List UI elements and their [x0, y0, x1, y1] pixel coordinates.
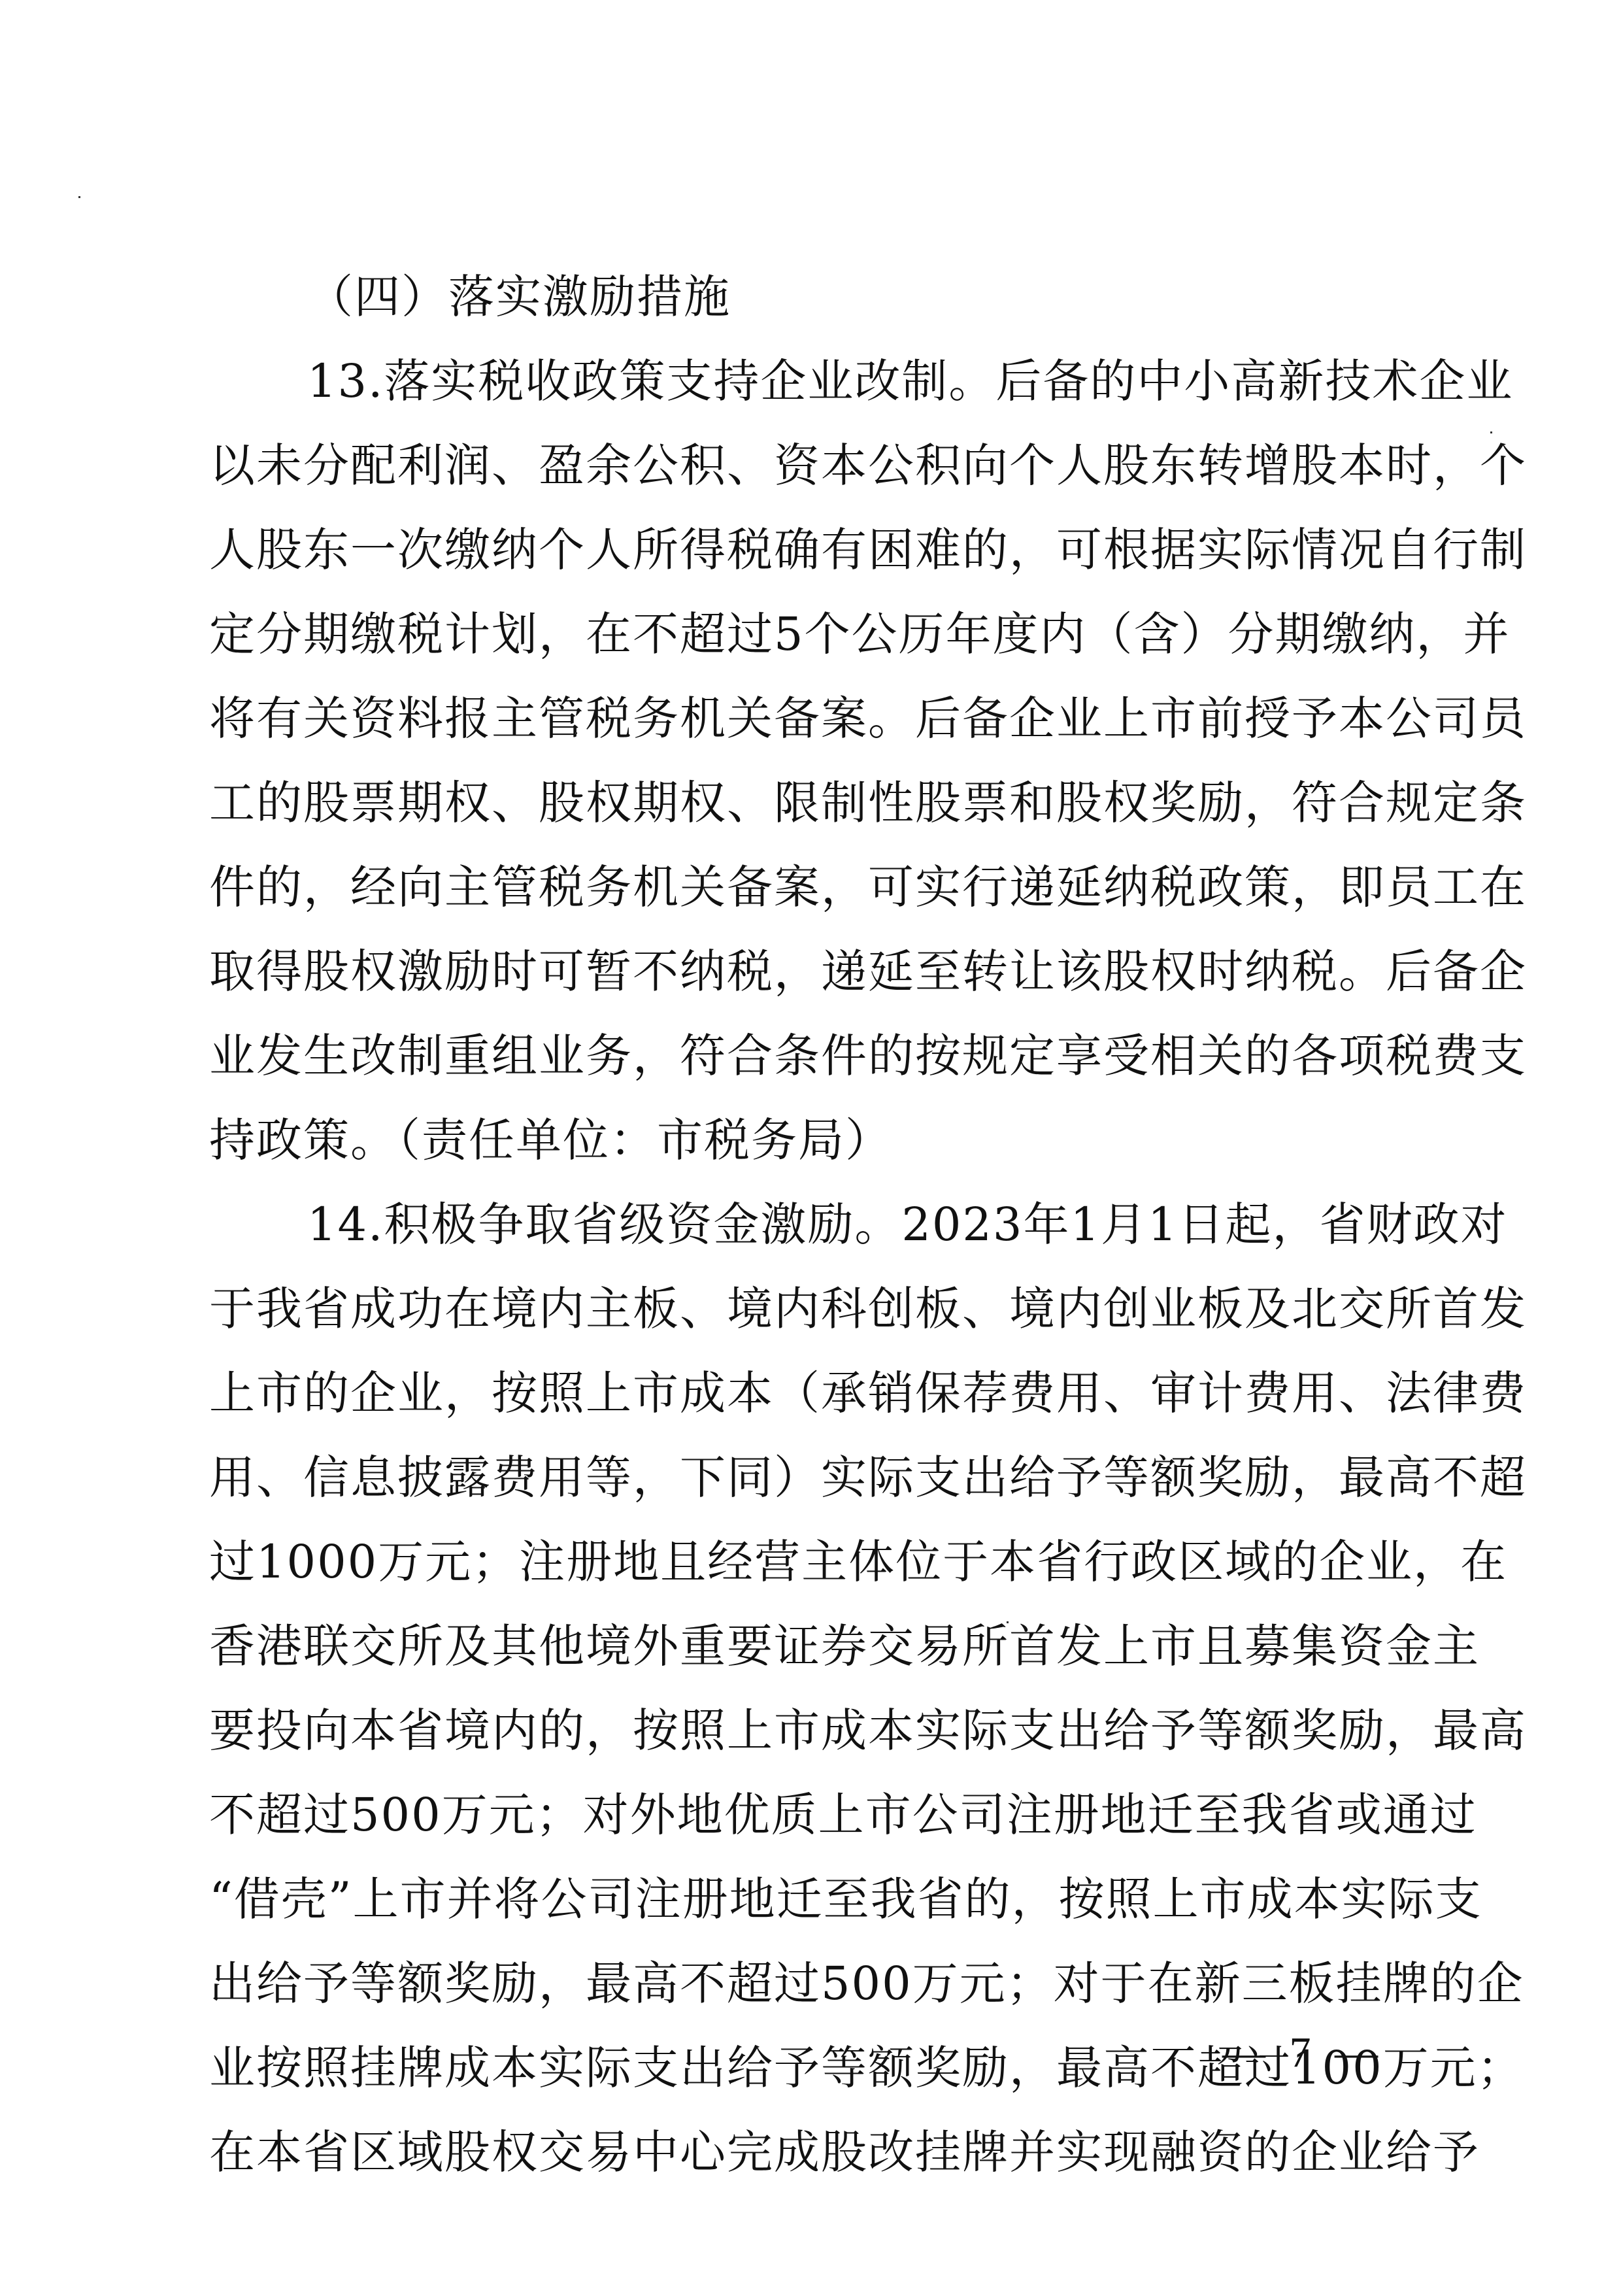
paragraph-line: 件的，经向主管税务机关备案，可实行递延纳税政策，即员工在 — [209, 845, 1402, 930]
paragraph-item-13: 13.落实税收政策支持企业改制。后备的中小高新技术企业 以未分配利润、盈余公积、… — [209, 339, 1402, 1183]
scan-speck — [78, 196, 80, 198]
paragraph-line: 香港联交所及其他境外重要证券交易所首发上市且募集资金主 — [209, 1604, 1402, 1689]
paragraph-line: 要投向本省境内的，按照上市成本实际支出给予等额奖励，最高 — [209, 1689, 1402, 1773]
paragraph-line: 以未分配利润、盈余公积、资本公积向个人股东转增股本时，个 — [209, 424, 1402, 508]
paragraph-line: 过1000万元；注册地且经营主体位于本省行政区域的企业，在 — [209, 1520, 1402, 1604]
scan-speck — [575, 732, 577, 734]
scan-speck — [1490, 431, 1492, 433]
paragraph-line: 不超过500万元；对外地优质上市公司注册地迁至我省或通过 — [209, 1773, 1402, 1857]
paragraph-line: 13.落实税收政策支持企业改制。后备的中小高新技术企业 — [209, 339, 1402, 424]
paragraph-line: 人股东一次缴纳个人所得税确有困难的，可根据实际情况自行制 — [209, 508, 1402, 592]
paragraph-line: 工的股票期权、股权期权、限制性股票和股权奖励，符合规定条 — [209, 761, 1402, 845]
paragraph-line: 于我省成功在境内主板、境内科创板、境内创业板及北交所首发 — [209, 1267, 1402, 1351]
section-heading: （四）落实激励措施 — [209, 255, 1402, 339]
document-body: （四）落实激励措施 13.落实税收政策支持企业改制。后备的中小高新技术企业 以未… — [209, 255, 1402, 2195]
paragraph-line: 上市的企业，按照上市成本（承销保荐费用、审计费用、法律费 — [209, 1351, 1402, 1436]
paragraph-line: 在本省区域股权交易中心完成股改挂牌并实现融资的企业给予 — [209, 2110, 1402, 2195]
paragraph-line: 业发生改制重组业务，符合条件的按规定享受相关的各项税费支 — [209, 1014, 1402, 1098]
paragraph-line: “借壳”上市并将公司注册地迁至我省的，按照上市成本实际支 — [209, 1857, 1402, 1942]
paragraph-line: 将有关资料报主管税务机关备案。后备企业上市前授予本公司员 — [209, 677, 1402, 761]
scan-speck — [399, 2131, 401, 2133]
paragraph-line: 14.积极争取省级资金激励。2023年1月1日起，省财政对 — [209, 1183, 1402, 1267]
page-number: — 7 — — [1222, 2023, 1384, 2082]
paragraph-line: 用、信息披露费用等，下同）实际支出给予等额奖励，最高不超 — [209, 1436, 1402, 1520]
paragraph-line: 出给予等额奖励，最高不超过500万元；对于在新三板挂牌的企 — [209, 1942, 1402, 2026]
paragraph-line: 持政策。（责任单位：市税务局） — [209, 1098, 1402, 1183]
paragraph-line: 定分期缴税计划，在不超过5个公历年度内（含）分期缴纳，并 — [209, 592, 1402, 677]
paragraph-line: 取得股权激励时可暂不纳税，递延至转让该股权时纳税。后备企 — [209, 930, 1402, 1014]
scan-speck — [1007, 1621, 1009, 1623]
